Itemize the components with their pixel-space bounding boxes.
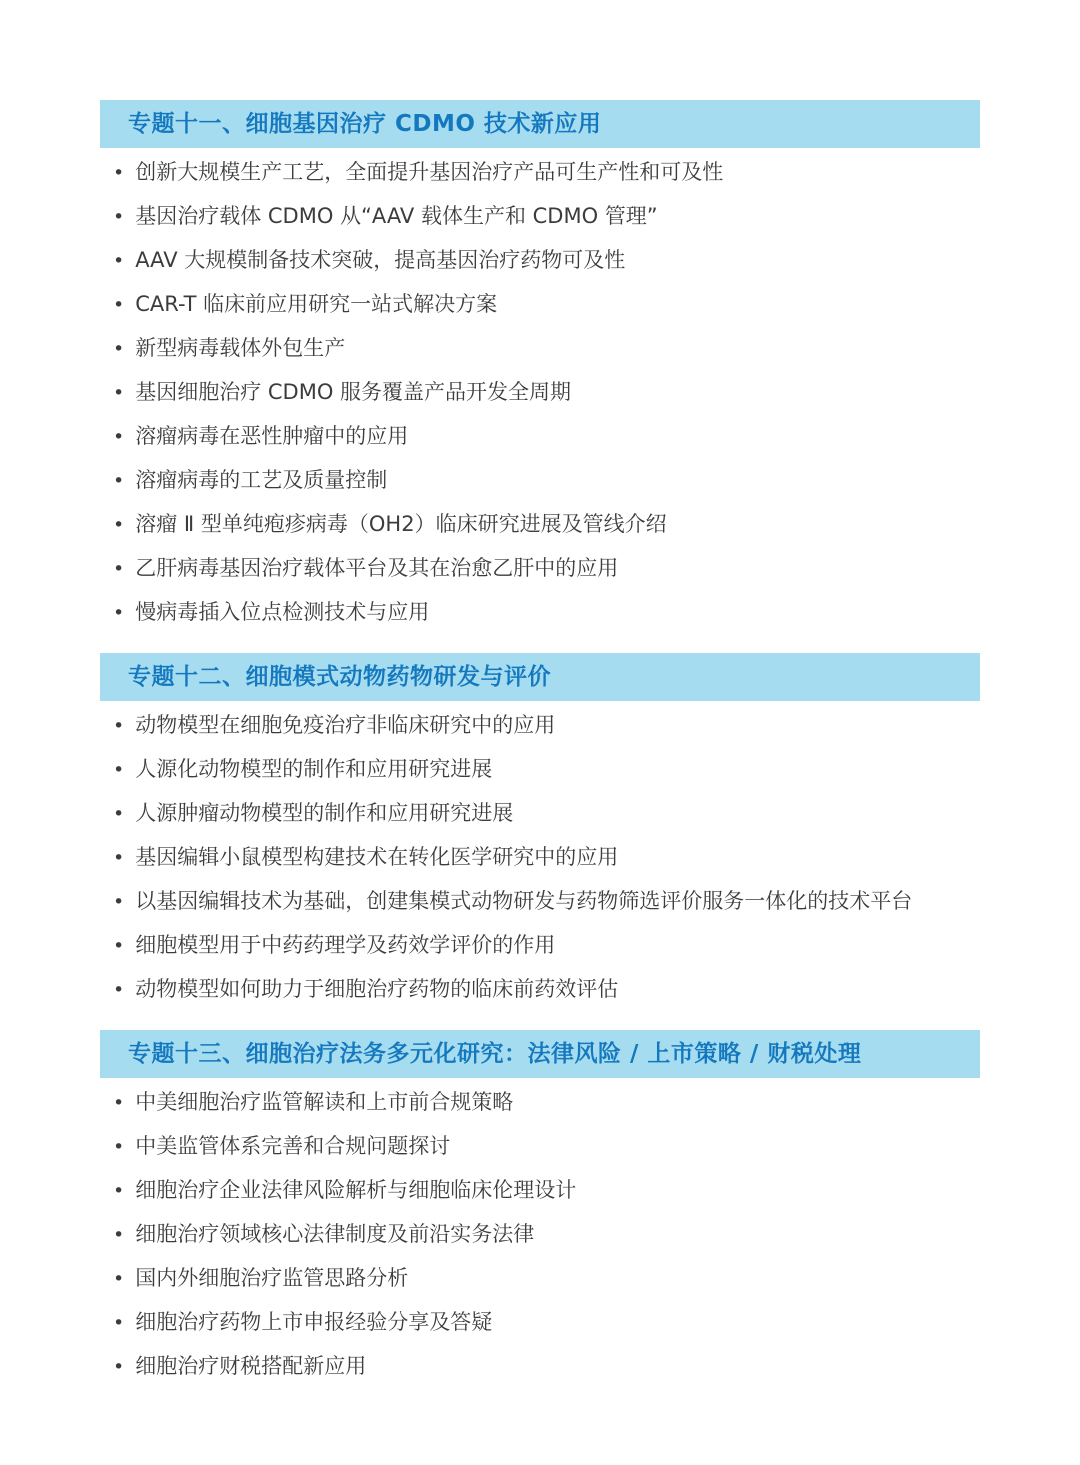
topic-item-text: 溶瘤 Ⅱ 型单纯疱疹病毒（OH2）临床研究进展及管线介绍 (135, 512, 666, 536)
topic-list-item: •人源肿瘤动物模型的制作和应用研究进展 (100, 792, 980, 836)
topic-item-text: 新型病毒载体外包生产 (135, 336, 345, 360)
topic-item-text: 人源化动物模型的制作和应用研究进展 (135, 757, 492, 781)
topic-item-text: 人源肿瘤动物模型的制作和应用研究进展 (135, 801, 513, 825)
topic-item-text: 细胞治疗企业法律风险解析与细胞临床伦理设计 (135, 1178, 576, 1202)
bullet-icon: • (113, 460, 124, 503)
topic-list-item: •中美监管体系完善和合规问题探讨 (100, 1125, 980, 1169)
topic-list-item: •动物模型在细胞免疫治疗非临床研究中的应用 (100, 704, 980, 748)
topic-list-item: •以基因编辑技术为基础，创建集模式动物研发与药物筛选评价服务一体化的技术平台 (100, 880, 980, 924)
topic-list-item: •动物模型如何助力于细胞治疗药物的临床前药效评估 (100, 968, 980, 1012)
topic-list-item: •AAV 大规模制备技术突破，提高基因治疗药物可及性 (100, 239, 980, 283)
topic-item-text: 细胞治疗财税搭配新应用 (135, 1354, 366, 1378)
topic-list-item: •溶瘤病毒在恶性肿瘤中的应用 (100, 415, 980, 459)
topic-list-item: •人源化动物模型的制作和应用研究进展 (100, 748, 980, 792)
bullet-icon: • (113, 284, 124, 327)
bullet-icon: • (113, 416, 124, 459)
topic-item-text: 基因细胞治疗 CDMO 服务覆盖产品开发全周期 (135, 380, 571, 404)
bullet-icon: • (113, 1346, 124, 1389)
topic-list-item: •新型病毒载体外包生产 (100, 327, 980, 371)
bullet-icon: • (113, 372, 124, 415)
bullet-icon: • (113, 1214, 124, 1257)
topic-list-item: •细胞治疗企业法律风险解析与细胞临床伦理设计 (100, 1169, 980, 1213)
topic-item-text: 基因编辑小鼠模型构建技术在转化医学研究中的应用 (135, 845, 618, 869)
bullet-icon: • (113, 749, 124, 792)
topic-item-text: 溶瘤病毒的工艺及质量控制 (135, 468, 387, 492)
topic-section: 专题十二、细胞模式动物药物研发与评价•动物模型在细胞免疫治疗非临床研究中的应用•… (100, 653, 980, 1012)
bullet-icon: • (113, 1170, 124, 1213)
bullet-icon: • (113, 152, 124, 195)
topic-item-text: 乙肝病毒基因治疗载体平台及其在治愈乙肝中的应用 (135, 556, 618, 580)
bullet-icon: • (113, 592, 124, 635)
topic-list-item: •溶瘤病毒的工艺及质量控制 (100, 459, 980, 503)
bullet-icon: • (113, 969, 124, 1012)
bullet-icon: • (113, 793, 124, 836)
section-title: 专题十三、细胞治疗法务多元化研究：法律风险 / 上市策略 / 财税处理 (128, 1041, 861, 1067)
bullet-icon: • (113, 925, 124, 968)
section-title: 专题十二、细胞模式动物药物研发与评价 (128, 664, 551, 690)
bullet-icon: • (113, 705, 124, 748)
topic-item-text: 溶瘤病毒在恶性肿瘤中的应用 (135, 424, 408, 448)
topic-item-text: 基因治疗载体 CDMO 从“AAV 载体生产和 CDMO 管理” (135, 204, 657, 228)
bullet-icon: • (113, 1082, 124, 1125)
bullet-icon: • (113, 837, 124, 880)
topic-list-item: •细胞治疗财税搭配新应用 (100, 1345, 980, 1389)
topic-item-text: AAV 大规模制备技术突破，提高基因治疗药物可及性 (135, 248, 625, 272)
section-header-bar: 专题十一、细胞基因治疗 CDMO 技术新应用 (100, 100, 980, 148)
topic-item-text: 动物模型如何助力于细胞治疗药物的临床前药效评估 (135, 977, 618, 1001)
bullet-icon: • (113, 881, 124, 924)
bullet-icon: • (113, 548, 124, 591)
topic-item-text: 细胞模型用于中药药理学及药效学评价的作用 (135, 933, 555, 957)
section-topic-list: •创新大规模生产工艺，全面提升基因治疗产品可生产性和可及性•基因治疗载体 CDM… (100, 151, 980, 635)
bullet-icon: • (113, 328, 124, 371)
topic-item-text: 国内外细胞治疗监管思路分析 (135, 1266, 408, 1290)
topic-list-item: •细胞治疗领域核心法律制度及前沿实务法律 (100, 1213, 980, 1257)
bullet-icon: • (113, 1126, 124, 1169)
topic-list-item: •国内外细胞治疗监管思路分析 (100, 1257, 980, 1301)
topic-list-item: •基因治疗载体 CDMO 从“AAV 载体生产和 CDMO 管理” (100, 195, 980, 239)
topic-list-item: •慢病毒插入位点检测技术与应用 (100, 591, 980, 635)
topic-item-text: 细胞治疗药物上市申报经验分享及答疑 (135, 1310, 492, 1334)
topic-item-text: 中美监管体系完善和合规问题探讨 (135, 1134, 450, 1158)
topic-section: 专题十三、细胞治疗法务多元化研究：法律风险 / 上市策略 / 财税处理•中美细胞… (100, 1030, 980, 1389)
section-topic-list: •动物模型在细胞免疫治疗非临床研究中的应用•人源化动物模型的制作和应用研究进展•… (100, 704, 980, 1012)
bullet-icon: • (113, 240, 124, 283)
bullet-icon: • (113, 1302, 124, 1345)
topic-list-item: •溶瘤 Ⅱ 型单纯疱疹病毒（OH2）临床研究进展及管线介绍 (100, 503, 980, 547)
topic-list-item: •细胞模型用于中药药理学及药效学评价的作用 (100, 924, 980, 968)
bullet-icon: • (113, 1258, 124, 1301)
topic-list-item: •细胞治疗药物上市申报经验分享及答疑 (100, 1301, 980, 1345)
topic-item-text: 以基因编辑技术为基础，创建集模式动物研发与药物筛选评价服务一体化的技术平台 (135, 889, 912, 913)
topic-section: 专题十一、细胞基因治疗 CDMO 技术新应用•创新大规模生产工艺，全面提升基因治… (100, 100, 980, 635)
section-topic-list: •中美细胞治疗监管解读和上市前合规策略•中美监管体系完善和合规问题探讨•细胞治疗… (100, 1081, 980, 1389)
topic-item-text: 慢病毒插入位点检测技术与应用 (135, 600, 429, 624)
topic-list-item: •基因编辑小鼠模型构建技术在转化医学研究中的应用 (100, 836, 980, 880)
topic-list-item: •创新大规模生产工艺，全面提升基因治疗产品可生产性和可及性 (100, 151, 980, 195)
bullet-icon: • (113, 196, 124, 239)
topic-list-item: •中美细胞治疗监管解读和上市前合规策略 (100, 1081, 980, 1125)
topic-item-text: 动物模型在细胞免疫治疗非临床研究中的应用 (135, 713, 555, 737)
conference-program-page: 专题十一、细胞基因治疗 CDMO 技术新应用•创新大规模生产工艺，全面提升基因治… (0, 0, 1080, 1465)
topic-item-text: 细胞治疗领域核心法律制度及前沿实务法律 (135, 1222, 534, 1246)
topic-item-text: 中美细胞治疗监管解读和上市前合规策略 (135, 1090, 513, 1114)
topic-list-item: •基因细胞治疗 CDMO 服务覆盖产品开发全周期 (100, 371, 980, 415)
section-header-bar: 专题十二、细胞模式动物药物研发与评价 (100, 653, 980, 701)
bullet-icon: • (113, 504, 124, 547)
section-header-bar: 专题十三、细胞治疗法务多元化研究：法律风险 / 上市策略 / 财税处理 (100, 1030, 980, 1078)
topic-item-text: CAR-T 临床前应用研究一站式解决方案 (135, 292, 497, 316)
section-title: 专题十一、细胞基因治疗 CDMO 技术新应用 (128, 111, 601, 137)
topic-item-text: 创新大规模生产工艺，全面提升基因治疗产品可生产性和可及性 (135, 160, 723, 184)
topic-list-item: •乙肝病毒基因治疗载体平台及其在治愈乙肝中的应用 (100, 547, 980, 591)
topic-list-item: •CAR-T 临床前应用研究一站式解决方案 (100, 283, 980, 327)
